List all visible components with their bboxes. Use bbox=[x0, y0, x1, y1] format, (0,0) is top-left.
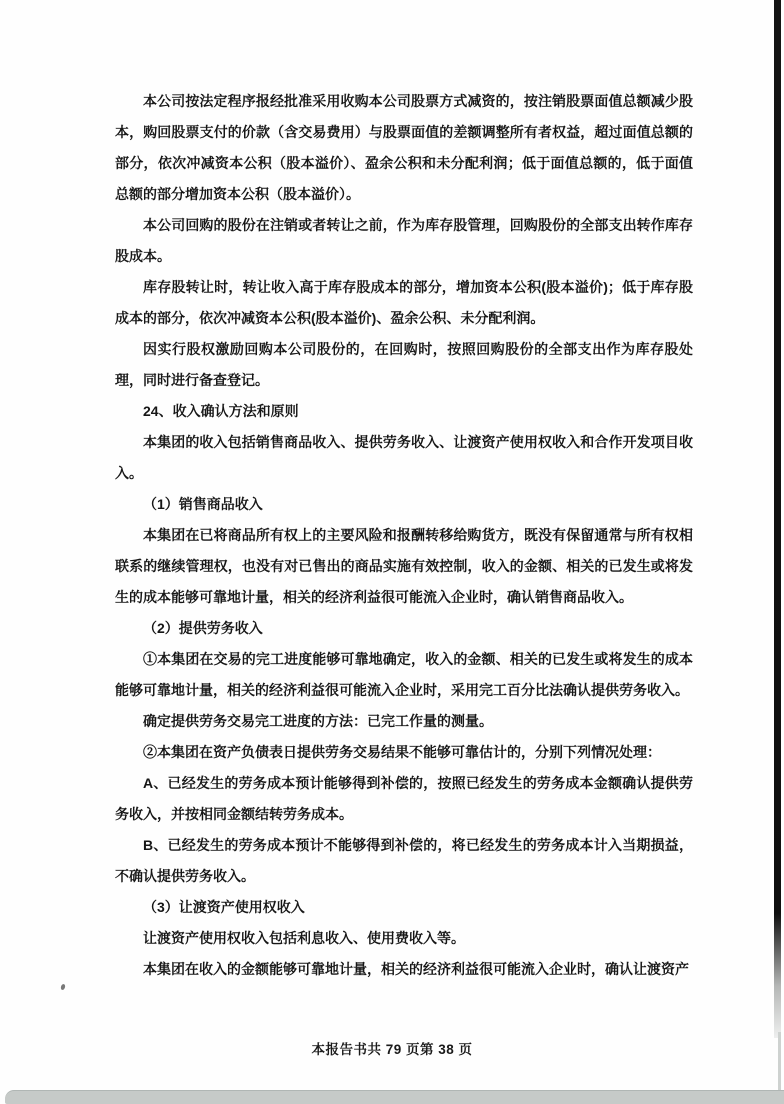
paragraph-case-a-cost-recoverable: A、已经发生的劳务成本预计能够得到补偿的，按照已经发生的劳务成本金额确认提供劳务… bbox=[115, 768, 693, 830]
paragraph-unreliable-estimate-cases: ②本集团在资产负债表日提供劳务交易结果不能够可靠估计的，分别下列情况处理： bbox=[115, 737, 693, 768]
paragraph-goods-sales-criteria: 本集团在已将商品所有权上的主要风险和报酬转移给购货方，既没有保留通常与所有权相联… bbox=[115, 520, 693, 613]
paragraph-asset-use-right-scope: 让渡资产使用权收入包括利息收入、使用费收入等。 bbox=[115, 923, 693, 954]
scan-speck-artifact bbox=[60, 984, 66, 991]
subheading-service-revenue: （2）提供劳务收入 bbox=[115, 613, 693, 644]
scan-edge-gray-line bbox=[778, 1032, 781, 1092]
paragraph-case-b-cost-unrecoverable: B、已经发生的劳务成本预计不能够得到补偿的，将已经发生的劳务成本计入当期损益，不… bbox=[115, 830, 693, 892]
paragraph-completion-progress-method: 确定提供劳务交易完工进度的方法：已完工作量的测量。 bbox=[115, 706, 693, 737]
subheading-asset-use-right-revenue: （3）让渡资产使用权收入 bbox=[115, 892, 693, 923]
paragraph-revenue-scope: 本集团的收入包括销售商品收入、提供劳务收入、让渡资产使用权收入和合作开发项目收入… bbox=[115, 427, 693, 489]
paragraph-service-percentage-method: ①本集团在交易的完工进度能够可靠地确定，收入的金额、相关的已发生或将发生的成本能… bbox=[115, 644, 693, 706]
paragraph-equity-incentive-repurchase: 因实行股权激励回购本公司股份的，在回购时，按照回购股份的全部支出作为库存股处理，… bbox=[115, 334, 693, 396]
paragraph-treasury-stock-management: 本公司回购的股份在注销或者转让之前，作为库存股管理，回购股份的全部支出转作库存股… bbox=[115, 210, 693, 272]
scanned-document-page: 本公司按法定程序报经批准采用收购本公司股票方式减资的，按注销股票面值总额减少股本… bbox=[0, 0, 784, 1104]
page-footer: 本报告书共 79 页第 38 页 bbox=[0, 1034, 784, 1065]
paragraph-treasury-stock-transfer: 库存股转让时，转让收入高于库存股成本的部分，增加资本公积(股本溢价)；低于库存股… bbox=[115, 272, 693, 334]
paragraph-share-repurchase-reduction: 本公司按法定程序报经批准采用收购本公司股票方式减资的，按注销股票面值总额减少股本… bbox=[115, 86, 693, 210]
paragraph-asset-use-right-criteria: 本集团在收入的金额能够可靠地计量，相关的经济利益很可能流入企业时，确认让渡资产 bbox=[115, 954, 693, 985]
scan-edge-bottom-bar bbox=[5, 1090, 784, 1104]
document-body-text: 本公司按法定程序报经批准采用收购本公司股票方式减资的，按注销股票面值总额减少股本… bbox=[115, 86, 693, 985]
section-heading-revenue-recognition: 24、收入确认方法和原则 bbox=[115, 396, 693, 427]
subheading-goods-sales-revenue: （1）销售商品收入 bbox=[115, 489, 693, 520]
scan-edge-black-band bbox=[774, 0, 781, 1038]
